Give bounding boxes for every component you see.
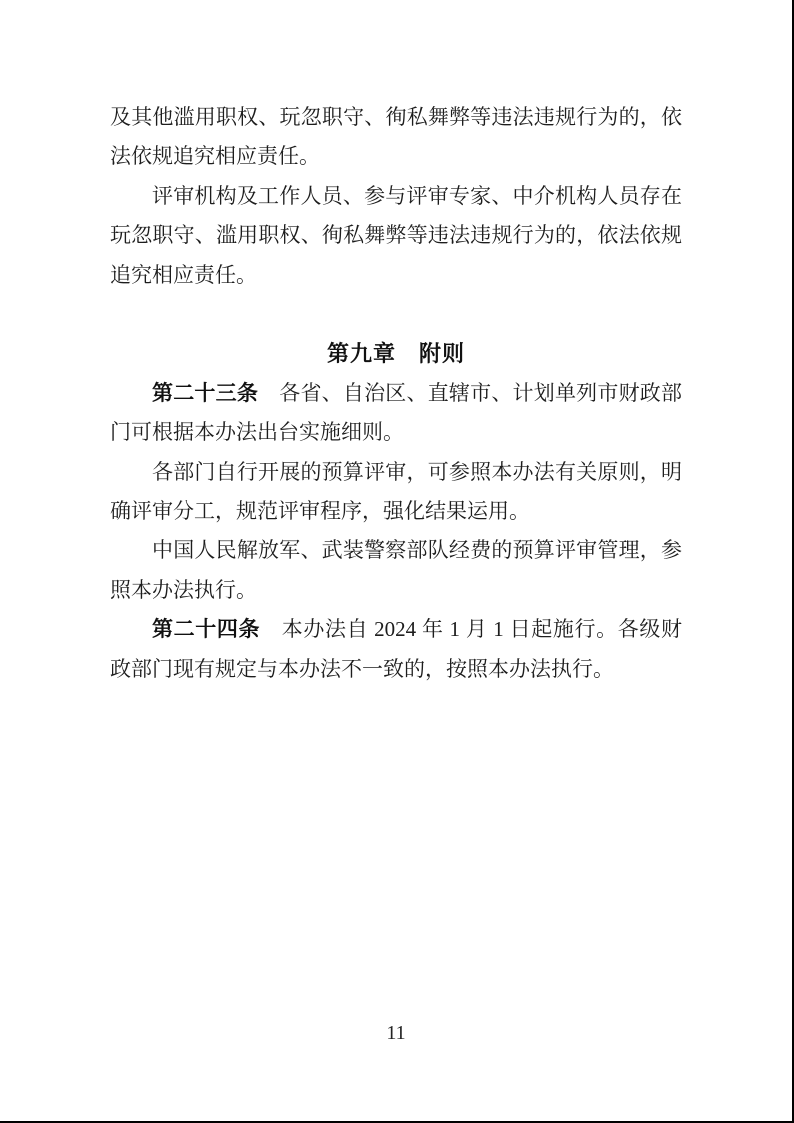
paragraph: 及其他滥用职权、玩忽职守、徇私舞弊等违法违规行为的，依法依规追究相应责任。	[110, 98, 682, 177]
paragraph: 各部门自行开展的预算评审，可参照本办法有关原则，明确评审分工，规范评审程序，强化…	[110, 453, 682, 532]
document-page: 及其他滥用职权、玩忽职守、徇私舞弊等违法违规行为的，依法依规追究相应责任。评审机…	[0, 0, 794, 1123]
article-number-label: 第二十四条	[152, 617, 260, 641]
article-number-label: 第二十三条	[152, 381, 258, 405]
paragraph: 第二十四条 本办法自 2024 年 1 月 1 日起施行。各级财政部门现有规定与…	[110, 610, 682, 689]
paragraph: 中国人民解放军、武装警察部队经费的预算评审管理，参照本办法执行。	[110, 531, 682, 610]
paragraph: 第二十三条 各省、自治区、直辖市、计划单列市财政部门可根据本办法出台实施细则。	[110, 374, 682, 453]
chapter-heading: 第九章 附则	[110, 334, 682, 373]
paragraph: 评审机构及工作人员、参与评审专家、中介机构人员存在玩忽职守、滥用职权、徇私舞弊等…	[110, 177, 682, 295]
lead-separator	[258, 381, 279, 405]
page-number: 11	[0, 1020, 792, 1046]
lead-separator	[260, 617, 282, 641]
page-body: 及其他滥用职权、玩忽职守、徇私舞弊等违法违规行为的，依法依规追究相应责任。评审机…	[110, 98, 682, 689]
